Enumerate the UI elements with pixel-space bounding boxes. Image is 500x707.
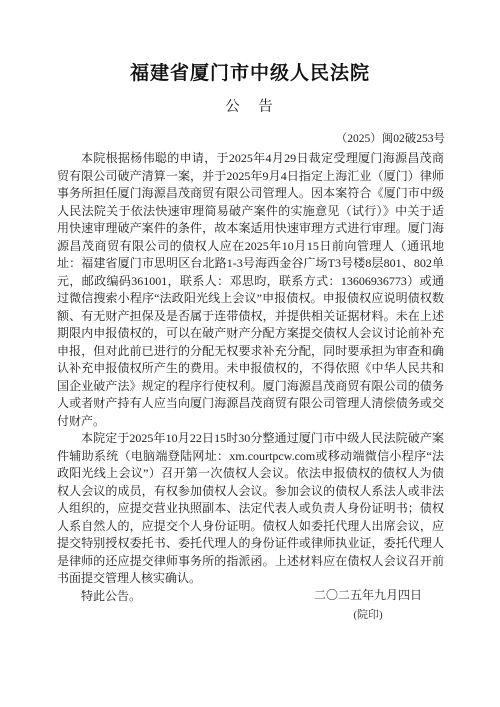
paragraph-filing-and-claims: 本院根据杨伟聪的申请，于2025年4月29日裁定受理厦门海源昌茂商贸有限公司破产… bbox=[57, 150, 444, 430]
announcement-page: 福建省厦门市中级人民法院 公 告 （2025）闽02破253号 本院根据杨伟聪的… bbox=[0, 0, 500, 707]
announcement-date: 二〇二五年九月四日 bbox=[314, 585, 422, 605]
court-seal-note: (院印) bbox=[314, 605, 422, 625]
announcement-body: 本院根据杨伟聪的申请，于2025年4月29日裁定受理厦门海源昌茂商贸有限公司破产… bbox=[57, 150, 444, 588]
paragraph-creditors-meeting: 本院定于2025年10月22日15时30分整通过厦门市中级人民法院破产案件辅助系… bbox=[57, 430, 444, 588]
court-title: 福建省厦门市中级人民法院 bbox=[0, 58, 500, 85]
announcement-title: 公 告 bbox=[0, 95, 500, 116]
signature-block: 二〇二五年九月四日 (院印) bbox=[314, 585, 422, 625]
case-number: （2025）闽02破253号 bbox=[0, 130, 500, 146]
